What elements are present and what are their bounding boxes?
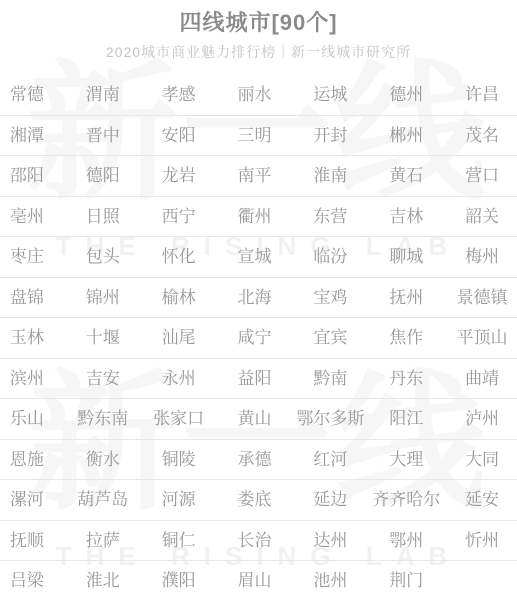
city-cell: 延安 [465,491,499,508]
city-cell: 盘锦 [10,289,44,306]
city-cell: 张家口 [153,410,204,427]
city-cell: 宝鸡 [313,289,347,306]
city-cell: 池州 [313,572,347,589]
city-cell: 孝感 [162,86,196,103]
table-row: 亳州日照西宁衢州东营吉林韶关 [0,196,517,237]
city-cell: 东营 [313,208,347,225]
city-cell: 包头 [86,248,120,265]
city-cell: 渭南 [86,86,120,103]
city-cell: 运城 [313,86,347,103]
city-cell: 衢州 [237,208,271,225]
city-cell: 大理 [389,451,423,468]
city-cell: 黄石 [389,167,423,184]
city-cell: 郴州 [389,127,423,144]
city-cell: 亳州 [10,208,44,225]
city-cell: 韶关 [465,208,499,225]
table-row: 滨州吉安永州益阳黔南丹东曲靖 [0,358,517,399]
table-row: 恩施衡水铜陵承德红河大理大同 [0,439,517,480]
city-cell: 葫芦岛 [77,491,128,508]
table-row: 常德渭南孝感丽水运城德州许昌 [0,74,517,115]
city-cell: 河源 [162,491,196,508]
city-cell: 锦州 [86,289,120,306]
city-cell: 娄底 [237,491,271,508]
table-row: 盘锦锦州榆林北海宝鸡抚州景德镇 [0,277,517,318]
city-cell: 漯河 [10,491,44,508]
city-cell: 曲靖 [465,370,499,387]
city-cell: 延边 [313,491,347,508]
city-cell: 吉林 [389,208,423,225]
city-cell: 眉山 [237,572,271,589]
table-row: 抚顺拉萨铜仁长治达州鄂州忻州 [0,520,517,561]
city-cell: 焦作 [389,329,423,346]
city-cell: 枣庄 [10,248,44,265]
city-cell: 达州 [313,532,347,549]
city-cell: 许昌 [465,86,499,103]
city-cell: 南平 [237,167,271,184]
city-cell: 恩施 [10,451,44,468]
city-cell: 茂名 [465,127,499,144]
city-cell: 邵阳 [10,167,44,184]
city-cell: 丹东 [389,370,423,387]
city-cell: 三明 [237,127,271,144]
table-row: 玉林十堰汕尾咸宁宜宾焦作平顶山 [0,317,517,358]
city-cell: 大同 [465,451,499,468]
city-cell: 抚顺 [10,532,44,549]
page-title: 四线城市[90个] [0,8,517,38]
table-row: 枣庄包头怀化宣城临汾聊城梅州 [0,236,517,277]
table-row: 乐山黔东南张家口黄山鄂尔多斯阳江泸州 [0,398,517,439]
city-cell: 铜仁 [162,532,196,549]
city-cell: 湘潭 [10,127,44,144]
city-cell: 北海 [237,289,271,306]
city-cell: 滨州 [10,370,44,387]
city-cell: 濮阳 [162,572,196,589]
city-cell: 丽水 [237,86,271,103]
page-subtitle: 2020城市商业魅力排行榜｜新一线城市研究所 [0,44,517,61]
city-cell: 承德 [237,451,271,468]
city-cell: 十堰 [86,329,120,346]
city-cell: 鄂尔多斯 [296,410,364,427]
city-cell: 咸宁 [237,329,271,346]
city-cell: 宣城 [237,248,271,265]
city-cell: 阳江 [389,410,423,427]
city-cell: 泸州 [465,410,499,427]
city-cell: 临汾 [313,248,347,265]
city-cell: 淮南 [313,167,347,184]
city-cell: 汕尾 [162,329,196,346]
city-cell: 宜宾 [313,329,347,346]
city-cell: 黔南 [313,370,347,387]
city-cell: 怀化 [162,248,196,265]
city-cell: 西宁 [162,208,196,225]
city-cell: 德阳 [86,167,120,184]
city-cell: 玉林 [10,329,44,346]
city-cell: 拉萨 [86,532,120,549]
city-cell: 衡水 [86,451,120,468]
city-cell: 吉安 [86,370,120,387]
city-cell: 日照 [86,208,120,225]
city-cell: 安阳 [162,127,196,144]
city-cell: 榆林 [162,289,196,306]
city-cell: 景德镇 [457,289,508,306]
city-cell: 抚州 [389,289,423,306]
city-cell: 淮北 [86,572,120,589]
header: 四线城市[90个] 2020城市商业魅力排行榜｜新一线城市研究所 [0,8,517,60]
city-cell: 梅州 [465,248,499,265]
city-cell: 吕梁 [10,572,44,589]
table-row: 湘潭晋中安阳三明开封郴州茂名 [0,115,517,156]
city-cell: 乐山 [10,410,44,427]
city-cell: 龙岩 [162,167,196,184]
city-cell: 永州 [162,370,196,387]
city-cell: 常德 [10,86,44,103]
city-cell: 德州 [389,86,423,103]
city-cell: 晋中 [86,127,120,144]
city-cell: 聊城 [389,248,423,265]
city-cell: 黄山 [237,410,271,427]
city-cell: 荆门 [389,572,423,589]
city-cell: 黔东南 [77,410,128,427]
city-cell: 益阳 [237,370,271,387]
city-cell: 忻州 [465,532,499,549]
city-table: 常德渭南孝感丽水运城德州许昌湘潭晋中安阳三明开封郴州茂名邵阳德阳龙岩南平淮南黄石… [0,74,517,601]
city-cell: 齐齐哈尔 [372,491,440,508]
table-row: 吕梁淮北濮阳眉山池州荆门 [0,560,517,601]
table-row: 漯河葫芦岛河源娄底延边齐齐哈尔延安 [0,479,517,520]
city-cell: 平顶山 [457,329,508,346]
city-cell: 长治 [237,532,271,549]
city-cell: 鄂州 [389,532,423,549]
city-cell: 开封 [313,127,347,144]
city-cell: 营口 [465,167,499,184]
table-row: 邵阳德阳龙岩南平淮南黄石营口 [0,155,517,196]
city-cell: 红河 [313,451,347,468]
city-cell: 铜陵 [162,451,196,468]
